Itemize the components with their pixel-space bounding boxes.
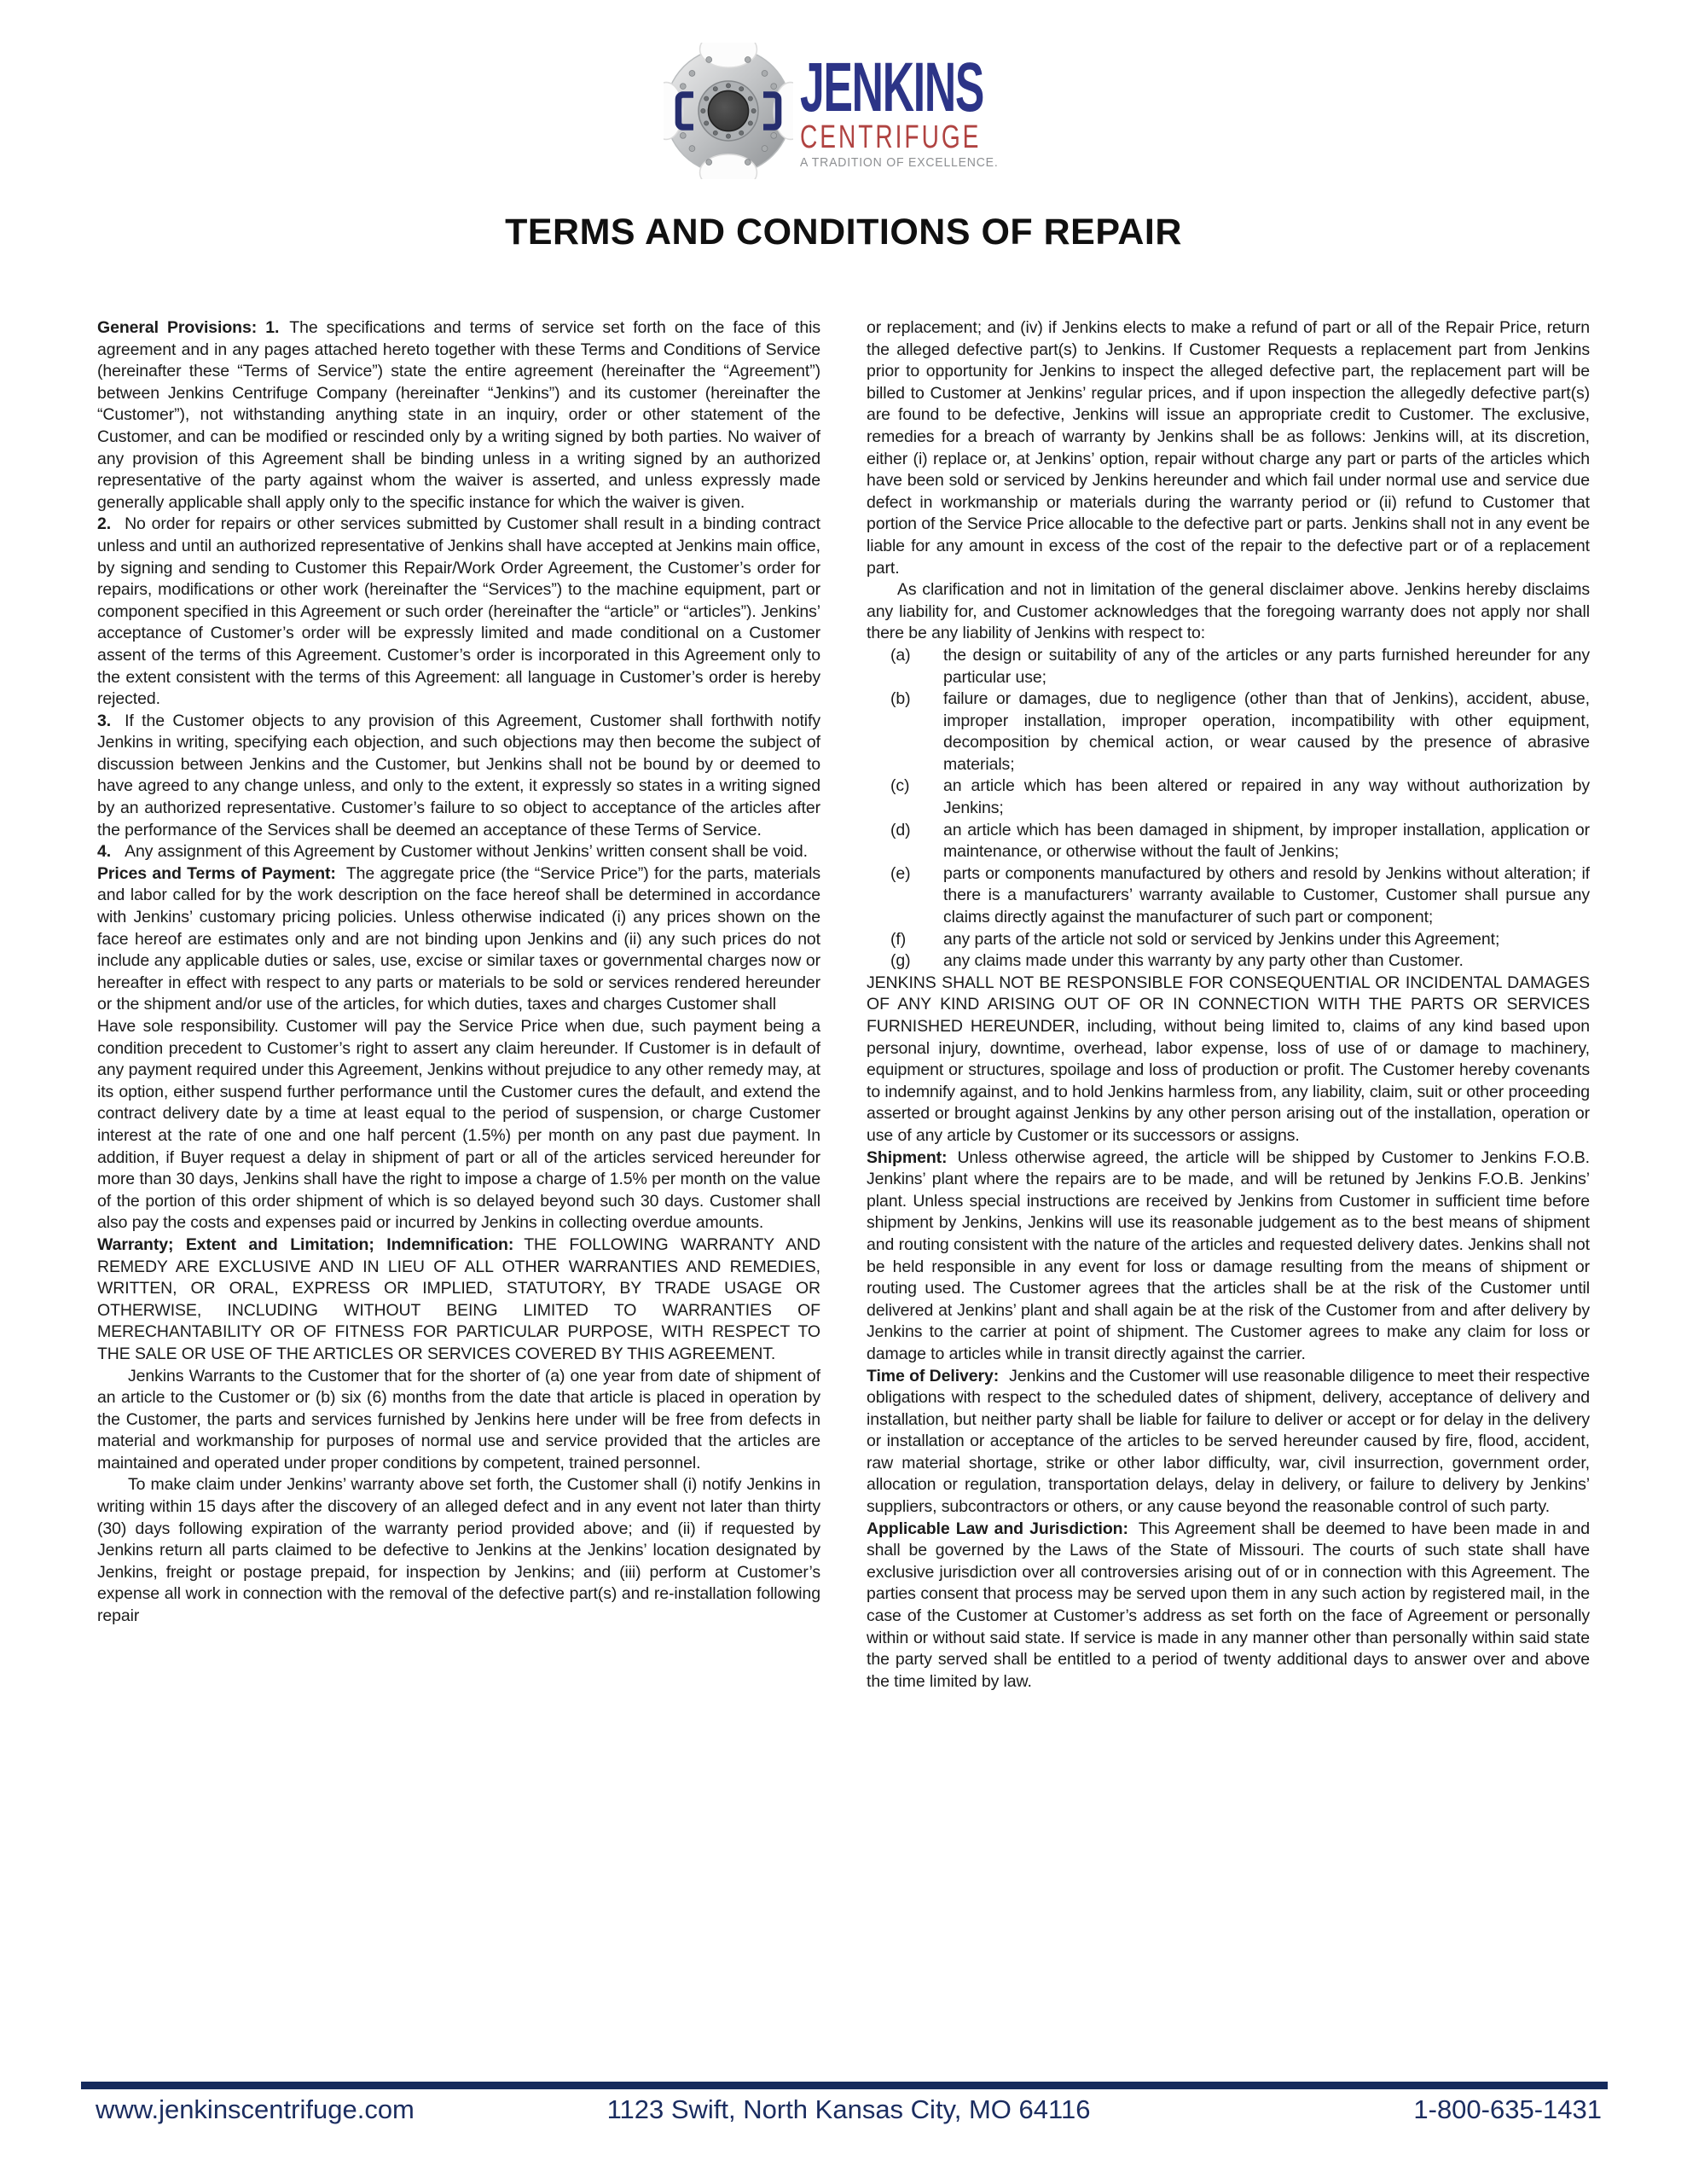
paragraph-text: As clarification and not in limitation o… (867, 580, 1590, 642)
centrifuge-wheel-icon (664, 43, 793, 179)
logo-brand-name: JENKINS (800, 56, 983, 119)
footer-website: www.jenkinscentrifuge.com (96, 2094, 415, 2125)
paragraph-text: JENKINS SHALL NOT BE RESPONSIBLE FOR CON… (867, 973, 1590, 1145)
list-item-d: (d)an article which has been damaged in … (867, 820, 1590, 863)
paragraph-warranty: Warranty; Extent and Limitation; Indemni… (97, 1234, 820, 1366)
paragraph-text: Jenkins Warrants to the Customer that fo… (97, 1367, 820, 1472)
list-item-text: an article which has been altered or rep… (943, 776, 1590, 817)
paragraph-text: If the Customer objects to any provision… (97, 712, 820, 839)
paragraph-text: Jenkins and the Customer will use reason… (867, 1367, 1590, 1517)
paragraph-text: Unless otherwise agreed, the article wil… (867, 1148, 1590, 1363)
paragraph-text: THE FOLLOWING WARRANTY AND REMEDY ARE EX… (97, 1235, 820, 1363)
heading-warranty: Warranty; Extent and Limitation; Indemni… (97, 1235, 524, 1254)
paragraph-text: The aggregate price (the “Service Price”… (97, 864, 820, 1014)
list-item-text: failure or damages, due to negligence (o… (943, 689, 1590, 774)
list-marker: (f) (890, 929, 906, 951)
heading-shipment: Shipment: (867, 1148, 957, 1167)
footer: www.jenkinscentrifuge.com 1123 Swift, No… (0, 2094, 1687, 2125)
heading-general-provisions: General Provisions: 1. (97, 318, 289, 337)
list-marker: (c) (890, 775, 909, 798)
right-column: or replacement; and (iv) if Jenkins elec… (867, 317, 1590, 1693)
paragraph-shipment: Shipment:Unless otherwise agreed, the ar… (867, 1147, 1590, 1366)
heading-applicable-law: Applicable Law and Jurisdiction: (867, 1519, 1139, 1538)
list-item-c: (c)an article which has been altered or … (867, 775, 1590, 819)
list-marker: (d) (890, 820, 911, 842)
list-item-text: any claims made under this warranty by a… (943, 951, 1464, 970)
paragraph-text: To make claim under Jenkins’ warranty ab… (97, 1475, 820, 1625)
paragraph-text: This Agreement shall be deemed to have b… (867, 1519, 1590, 1691)
item-number: 2. (97, 514, 125, 533)
paragraph-text: No order for repairs or other services s… (97, 514, 820, 708)
item-number: 4. (97, 842, 125, 861)
paragraph-item-4: 4.Any assignment of this Agreement by Cu… (97, 841, 820, 863)
paragraph-warranty-claim: To make claim under Jenkins’ warranty ab… (97, 1474, 820, 1627)
logo-text-block: JENKINS CENTRIFUGE A TRADITION OF EXCELL… (800, 51, 1091, 171)
footer-divider (81, 2082, 1608, 2089)
paragraph-general-provisions: General Provisions: 1.The specifications… (97, 317, 820, 514)
list-item-f: (f)any parts of the article not sold or … (867, 929, 1590, 951)
paragraph-consequential-damages: JENKINS SHALL NOT BE RESPONSIBLE FOR CON… (867, 973, 1590, 1147)
paragraph-time-of-delivery: Time of Delivery:Jenkins and the Custome… (867, 1366, 1590, 1519)
paragraph-item-3: 3.If the Customer objects to any provisi… (97, 711, 820, 842)
list-marker: (a) (890, 645, 911, 667)
paragraph-text: The specifications and terms of service … (97, 318, 820, 512)
logo-brand-subname: CENTRIFUGE (800, 120, 1016, 154)
footer-address: 1123 Swift, North Kansas City, MO 64116 (607, 2094, 1091, 2125)
list-item-e: (e)parts or components manufactured by o… (867, 863, 1590, 929)
list-marker: (g) (890, 950, 911, 973)
list-item-b: (b)failure or damages, due to negligence… (867, 688, 1590, 775)
footer-phone: 1-800-635-1431 (1413, 2094, 1602, 2125)
list-item-text: the design or suitability of any of the … (943, 646, 1590, 687)
paragraph-text: Have sole responsibility. Customer will … (97, 1017, 820, 1232)
paragraph-warranty-terms: Jenkins Warrants to the Customer that fo… (97, 1366, 820, 1475)
paragraph-warranty-continuation: or replacement; and (iv) if Jenkins elec… (867, 317, 1590, 579)
list-marker: (e) (890, 863, 911, 886)
list-item-text: an article which has been damaged in shi… (943, 821, 1590, 862)
logo-tagline: A TRADITION OF EXCELLENCE. (800, 155, 1082, 171)
list-marker: (b) (890, 688, 911, 711)
document-body: General Provisions: 1.The specifications… (97, 317, 1590, 1693)
heading-time-of-delivery: Time of Delivery: (867, 1367, 1009, 1385)
paragraph-text: or replacement; and (iv) if Jenkins elec… (867, 318, 1590, 578)
paragraph-prices-and-terms: Prices and Terms of Payment:The aggregat… (97, 863, 820, 1234)
item-number: 3. (97, 712, 125, 730)
company-logo: JENKINS CENTRIFUGE A TRADITION OF EXCELL… (664, 43, 1091, 179)
list-item-g: (g)any claims made under this warranty b… (867, 950, 1590, 973)
heading-prices-and-terms: Prices and Terms of Payment: (97, 864, 346, 883)
paragraph-item-2: 2.No order for repairs or other services… (97, 514, 820, 710)
paragraph-applicable-law: Applicable Law and Jurisdiction:This Agr… (867, 1519, 1590, 1693)
list-item-text: any parts of the article not sold or ser… (943, 930, 1499, 949)
paragraph-clarification: As clarification and not in limitation o… (867, 579, 1590, 645)
page-title: TERMS AND CONDITIONS OF REPAIR (0, 212, 1687, 253)
list-item-text: parts or components manufactured by othe… (943, 864, 1590, 926)
left-column: General Provisions: 1.The specifications… (97, 317, 820, 1693)
paragraph-text: Any assignment of this Agreement by Cust… (125, 842, 808, 861)
list-item-a: (a)the design or suitability of any of t… (867, 645, 1590, 688)
